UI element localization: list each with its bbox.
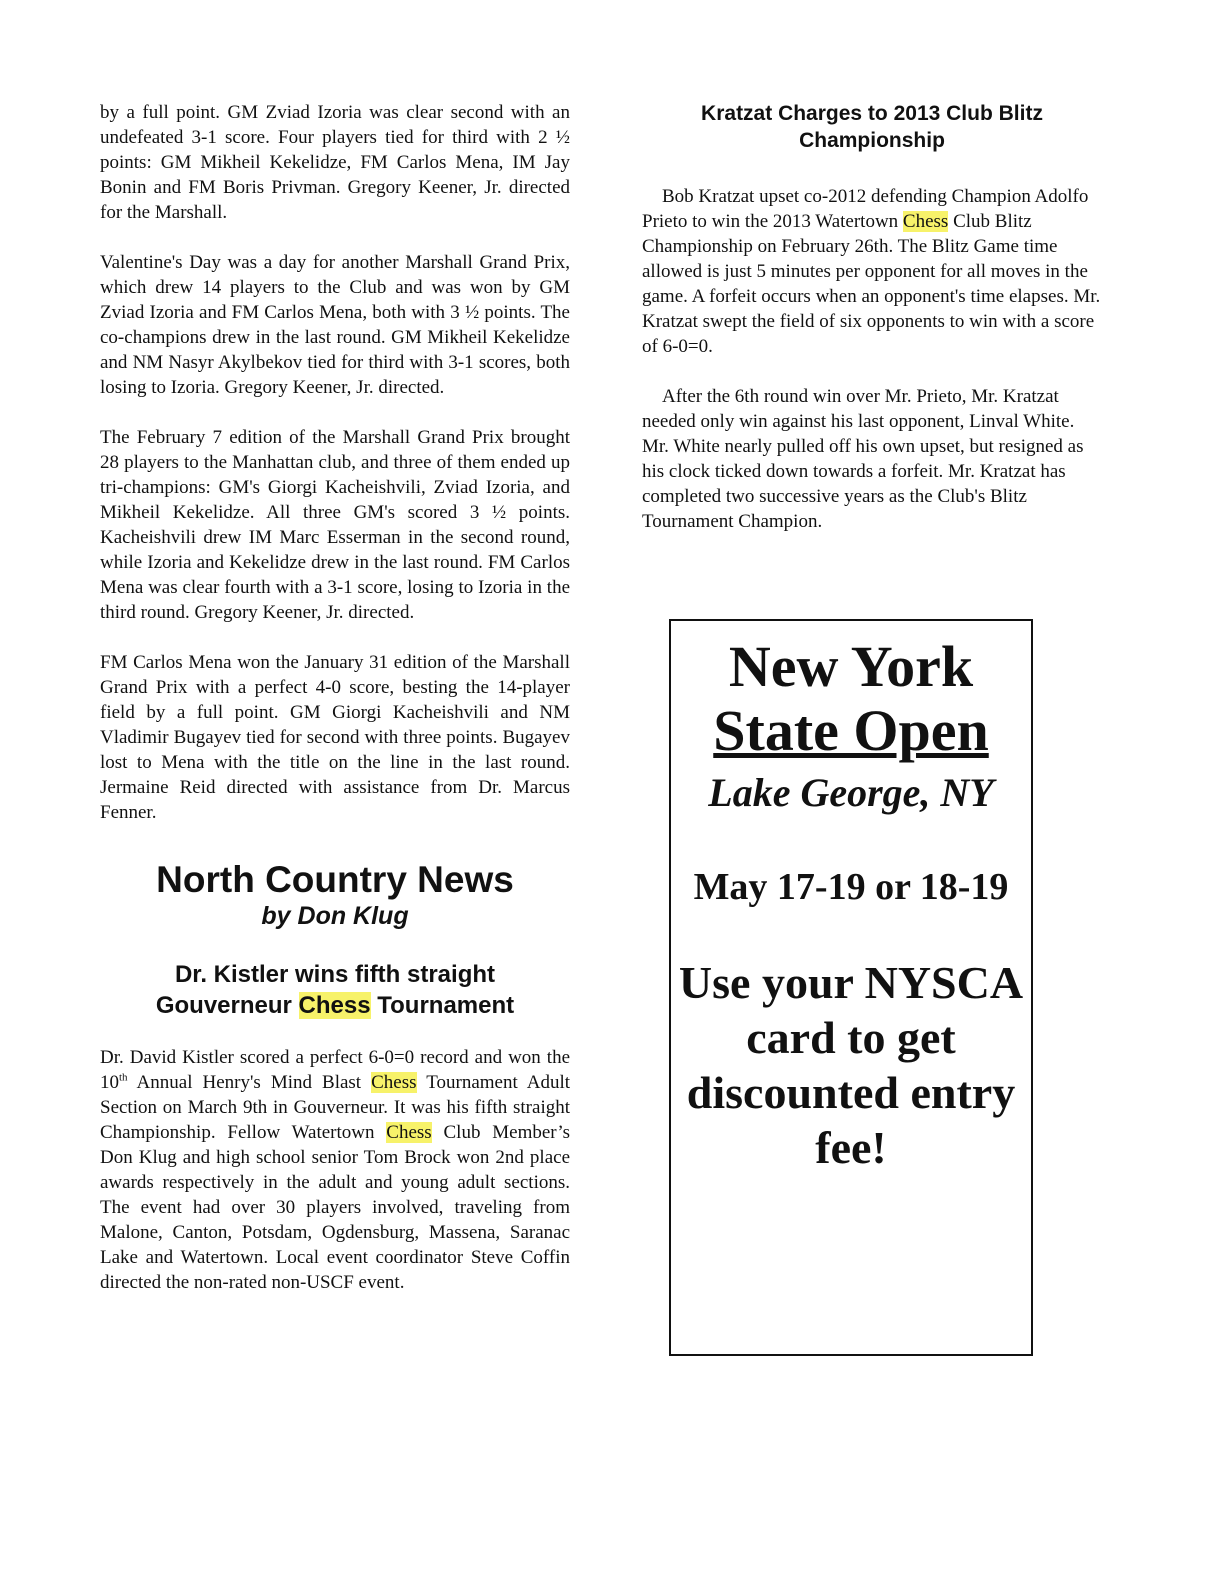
highlighted-term: Chess: [386, 1122, 431, 1143]
title-line1: Dr. Kistler wins fifth straight: [175, 961, 495, 988]
highlighted-term: Chess: [903, 211, 948, 232]
paragraph-january-31: FM Carlos Mena won the January 31 editio…: [100, 650, 570, 825]
text-run: Annual Henry's Mind Blast: [128, 1072, 372, 1093]
advertisement-box: New York State Open Lake George, NY May …: [669, 619, 1033, 1356]
paragraph-kistler: Dr. David Kistler scored a perfect 6-0=0…: [100, 1045, 570, 1295]
highlighted-term: Chess: [371, 1072, 416, 1093]
paragraph-february-7: The February 7 edition of the Marshall G…: [100, 425, 570, 625]
title-line2-pre: Gouverneur: [156, 992, 299, 1019]
paragraph-kratzat-1: Bob Kratzat upset co-2012 defending Cham…: [642, 184, 1102, 359]
ad-dates: May 17-19 or 18-19: [671, 865, 1031, 909]
text-run: Club Blitz Championship on February 26th…: [642, 211, 1100, 357]
paragraph-marshall-continued: by a full point. GM Zviad Izoria was cle…: [100, 100, 570, 225]
left-column: by a full point. GM Zviad Izoria was cle…: [100, 100, 570, 1320]
text-run: Club Member’s Don Klug and high school s…: [100, 1122, 570, 1293]
title-line2-post: Tournament: [371, 992, 515, 1019]
article-title-kratzat: Kratzat Charges to 2013 Club Blitz Champ…: [642, 100, 1102, 154]
ad-call-to-action: Use your NYSCA card to get discounted en…: [671, 955, 1031, 1175]
paragraph-kratzat-2: After the 6th round win over Mr. Prieto,…: [642, 384, 1102, 534]
highlighted-term: Chess: [299, 992, 371, 1019]
paragraph-valentines-day: Valentine's Day was a day for another Ma…: [100, 250, 570, 400]
right-column: Kratzat Charges to 2013 Club Blitz Champ…: [642, 100, 1102, 559]
ad-location: Lake George, NY: [671, 769, 1031, 817]
article-title-kistler: Dr. Kistler wins fifth straight Gouverne…: [100, 959, 570, 1021]
section-byline: by Don Klug: [100, 901, 570, 931]
ad-title-line1: New York: [671, 635, 1031, 699]
superscript: th: [119, 1072, 128, 1084]
ad-title-line2: State Open: [671, 699, 1031, 763]
section-title: North Country News: [100, 859, 570, 901]
